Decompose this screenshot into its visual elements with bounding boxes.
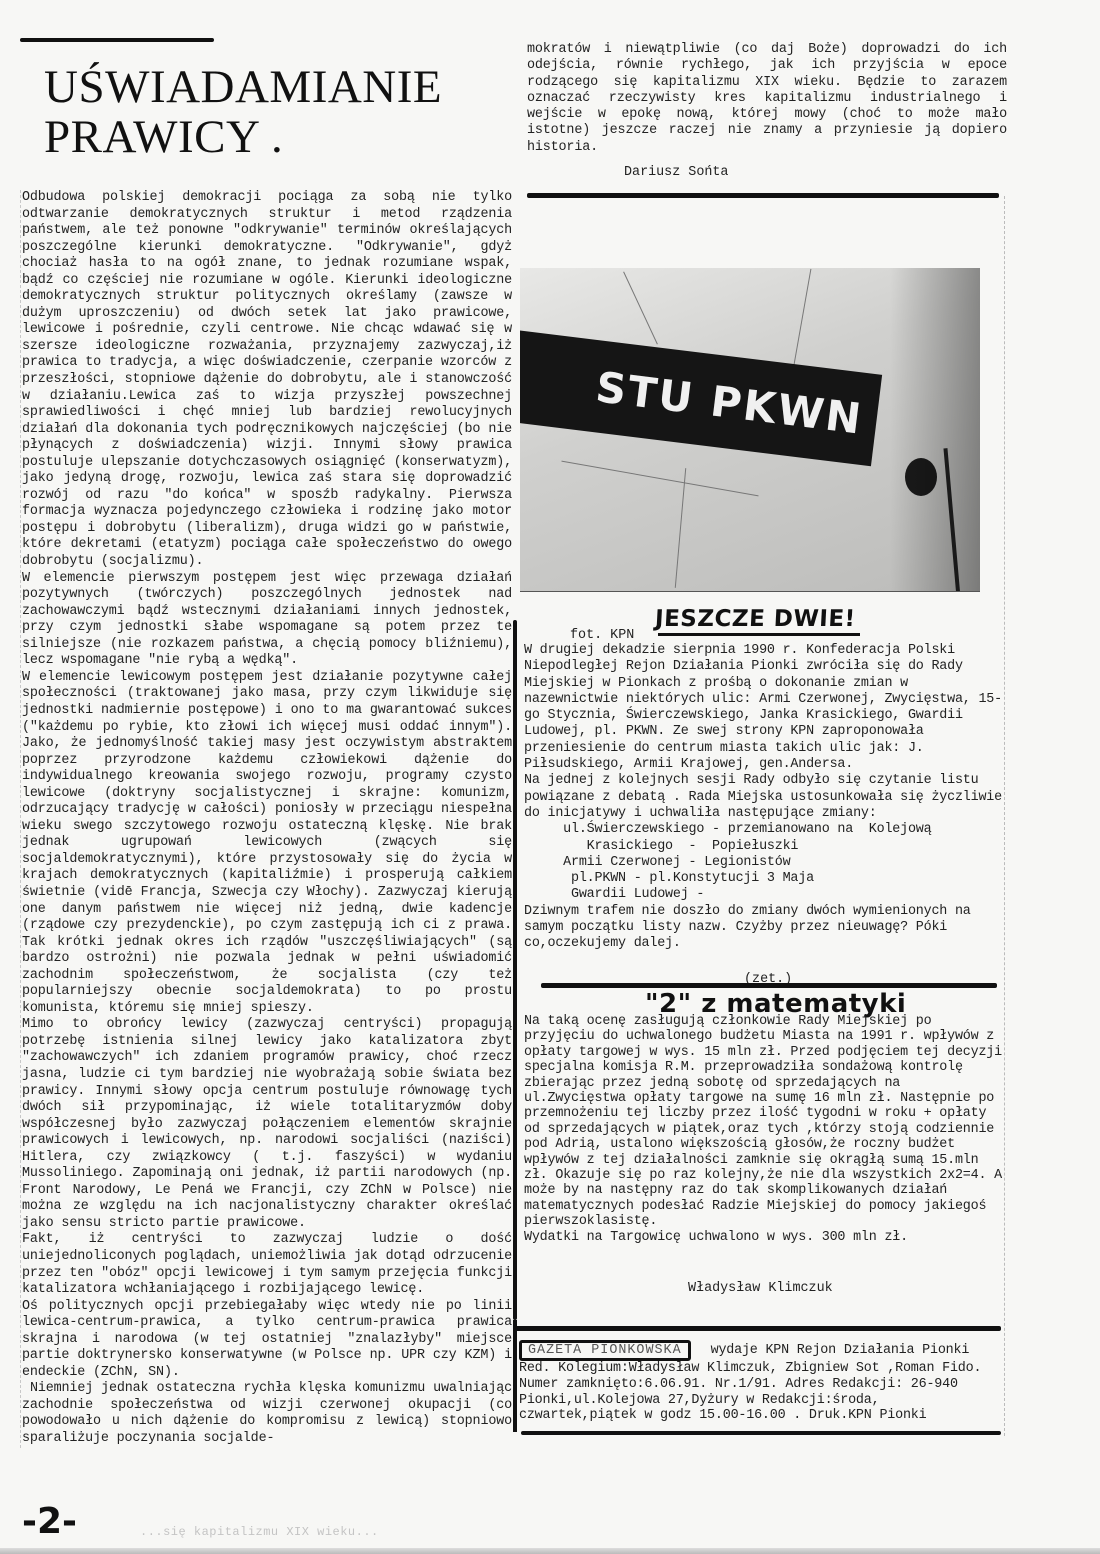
main-article-continuation: mokratów i niewątpliwie (co daj Boże) do… <box>527 42 1007 156</box>
section-rule <box>513 1326 1001 1331</box>
paper-name-box: GAZETA PIONKOWSKA <box>519 1340 691 1361</box>
streets-article-title: JESZCZE DWIE! <box>654 606 856 632</box>
publisher-line: wydaje KPN Rejon Działania Pionki <box>711 1343 970 1358</box>
wall-crack <box>623 272 658 345</box>
math-article-author: Władysław Klimczuk <box>688 1281 833 1296</box>
continuation-paragraph: mokratów i niewątpliwie (co daj Boże) do… <box>527 42 1007 156</box>
main-paragraph: Oś politycznych opcji przebiegałaby więc… <box>22 1299 512 1382</box>
headline-line-1: UŚWIADAMIANIE <box>44 62 484 112</box>
street-change-item: Armii Czerwonej - Legionistów <box>524 855 1004 871</box>
bleed-through-text: ...się kapitalizmu XIX wieku... <box>140 1525 379 1539</box>
street-changes-list: ul.Świerczewskiego - przemianowano na Ko… <box>524 822 1004 903</box>
main-paragraph: Odbudowa polskiej demokracji pociąga za … <box>22 190 512 571</box>
box-border-left <box>513 620 517 1320</box>
masthead-imprint: GAZETA PIONKOWSKAwydaje KPN Rejon Działa… <box>519 1340 1004 1424</box>
title-rule <box>20 38 214 42</box>
main-article-body: Odbudowa polskiej demokracji pociąga za … <box>20 190 512 1448</box>
street-sign-text: STU PKWN <box>593 362 865 443</box>
main-paragraph: Fakt, iż centryści to zazwyczaj ludzie o… <box>22 1232 512 1298</box>
main-paragraph: W elemencie pierwszym postępem jest więc… <box>22 571 512 670</box>
streets-session: Na jednej z kolejnych sesji Rady odbyło … <box>524 773 1004 822</box>
imprint-details: Red. Kolegium:Władysław Klimczuk, Zbigni… <box>519 1361 1004 1424</box>
wall-crack <box>675 468 686 588</box>
street-change-item: Krasickiego - Popiełuszki <box>524 839 1004 855</box>
photo-caption: fot. KPN <box>570 628 634 643</box>
section-rule <box>527 193 999 198</box>
column-border <box>1004 196 1005 1436</box>
main-article-author: Dariusz Sońta <box>624 165 728 180</box>
streets-conclusion: Dziwnym trafem nie doszło do zmiany dwóc… <box>524 904 1004 953</box>
main-paragraph: Niemniej jednak ostateczna rychła klęska… <box>22 1381 512 1447</box>
headline-line-2: PRAWICY . <box>44 112 484 162</box>
street-change-item: ul.Świerczewskiego - przemianowano na Ko… <box>524 822 1004 838</box>
wall-crack <box>561 461 758 497</box>
math-closing: Wydatki na Targowicę uchwalono w wys. 30… <box>524 1230 1004 1245</box>
page-number: -2- <box>22 1502 77 1542</box>
masthead-rule <box>521 1431 1001 1435</box>
main-headline: UŚWIADAMIANIE PRAWICY . <box>44 62 484 162</box>
main-paragraph: W elemencie lewicowym postępem jest dzia… <box>22 670 512 1017</box>
newspaper-page: UŚWIADAMIANIE PRAWICY . Odbudowa polskie… <box>0 0 1100 1554</box>
streets-intro: W drugiej dekadzie sierpnia 1990 r. Konf… <box>524 643 1004 773</box>
street-sign: STU PKWN <box>520 328 882 466</box>
title-underline <box>658 633 860 636</box>
street-change-item: Gwardii Ludowej - <box>524 887 1004 903</box>
masthead-border <box>513 1320 517 1432</box>
math-article-body: Na taką ocenę zasługują członkowie Rady … <box>524 1014 1004 1245</box>
main-paragraph: Mimo to obrońcy lewicy (zazwyczaj centry… <box>22 1017 512 1232</box>
math-body: Na taką ocenę zasługują członkowie Rady … <box>524 1014 1004 1230</box>
street-sign-photo: STU PKWN <box>520 268 980 592</box>
photo-shading <box>890 268 980 591</box>
street-change-item: pl.PKWN - pl.Konstytucji 3 Maja <box>524 871 1004 887</box>
section-rule <box>541 983 997 988</box>
page-edge <box>0 1548 1100 1554</box>
streets-article-body: W drugiej dekadzie sierpnia 1990 r. Konf… <box>524 643 1004 953</box>
